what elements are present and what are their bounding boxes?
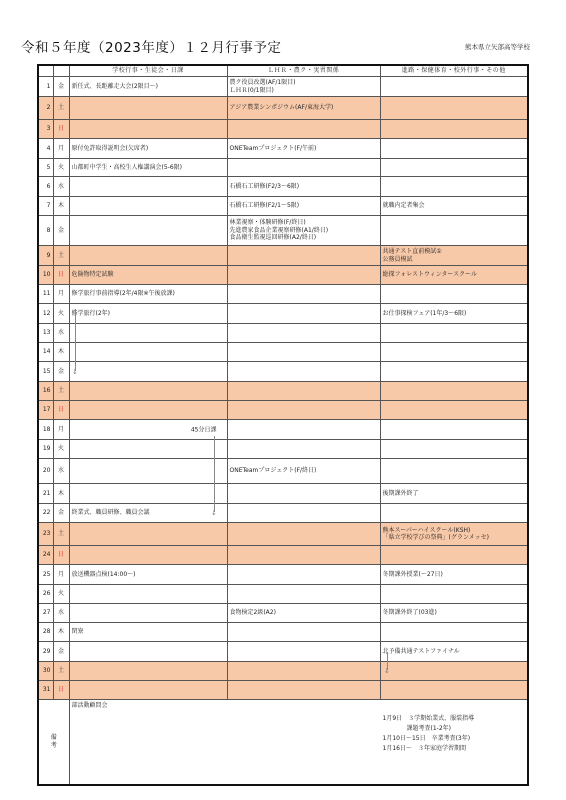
lhr-events-cell [227, 504, 380, 523]
weekday-cell: 火 [53, 440, 69, 459]
date-number: 1 [47, 83, 51, 90]
lhr-events-cell: ONETeamプロジェクト(F/午前) [227, 139, 380, 159]
table-row: 8金林業視察・体験研修(F/終日)先進農家食品企業視察研修(A1/終日)食品衛生… [38, 216, 528, 246]
weekday-label: 土 [58, 387, 64, 394]
event-text: 閉寮 [72, 628, 225, 636]
weekday-label: 火 [58, 310, 64, 317]
weekday-label: 金 [58, 509, 64, 516]
date-cell: 2 [38, 97, 53, 120]
weekday-cell: 木 [53, 197, 69, 216]
weekday-label: 水 [58, 609, 64, 616]
date-cell: 22 [38, 504, 53, 523]
date-number: 12 [43, 310, 51, 317]
date-cell: 31 [38, 681, 53, 700]
weekday-label: 水 [58, 329, 64, 336]
table-row: 17日 [38, 401, 528, 420]
event-text: 共通テスト直前模試① [383, 248, 526, 256]
date-number: 28 [43, 628, 51, 635]
lhr-events-cell [227, 285, 380, 304]
table-row: 15金 [38, 362, 528, 382]
weekday-cell: 月 [53, 285, 69, 304]
table-row: 25月放送機器点検(14:00～)冬期課外授業(～27日) [38, 565, 528, 585]
other-events-cell: 熊本スーパーハイスクール(KSH)「県立学校学びの祭典」(グランメッセ) [380, 523, 528, 546]
date-cell: 17 [38, 401, 53, 420]
school-events-cell [69, 662, 227, 681]
lhr-events-cell: ONETeamプロジェクト(F/終日) [227, 459, 380, 484]
table-row: 16土 [38, 382, 528, 401]
event-text: 危険物特定試験 [72, 271, 225, 279]
other-events-cell [380, 504, 528, 523]
date-cell: 10 [38, 266, 53, 285]
date-cell: 18 [38, 420, 53, 440]
date-cell: 23 [38, 523, 53, 546]
weekday-label: 土 [58, 104, 64, 111]
other-events-cell [380, 401, 528, 420]
event-text: 公務員模試 [383, 256, 526, 264]
lhr-events-cell [227, 523, 380, 546]
other-events-cell [380, 681, 528, 700]
lhr-events-cell [227, 324, 380, 343]
lhr-events-cell: 農ク役員改選(AF/1限目)ＬＨＲ(0/1限目) [227, 77, 380, 97]
weekday-cell: 水 [53, 324, 69, 343]
other-events-cell [380, 177, 528, 197]
trip-period-arrow-icon [75, 309, 76, 371]
date-number: 19 [43, 445, 51, 452]
lhr-events-cell [227, 642, 380, 662]
remarks-right-line: 課題考査(1-2年) [383, 724, 475, 734]
remarks-label: 備 考 [38, 700, 69, 785]
table-row: 7木石橋石工研修(F2/1～5限)就職内定者集会 [38, 197, 528, 216]
date-cell: 15 [38, 362, 53, 382]
lhr-events-cell [227, 484, 380, 504]
event-text: 就職内定者集会 [383, 202, 526, 210]
event-text: ONETeamプロジェクト(F/午前) [230, 145, 378, 153]
school-events-cell: 修学旅行(2年) [69, 304, 227, 324]
school-events-cell [69, 97, 227, 120]
event-text: アジア農業シンポジウム(AF/東海大学) [230, 104, 378, 112]
lhr-events-cell: アジア農業シンポジウム(AF/東海大学) [227, 97, 380, 120]
weekday-cell: 木 [53, 343, 69, 362]
weekday-label: 火 [58, 445, 64, 452]
date-cell: 8 [38, 216, 53, 246]
header-school-events: 学校行事・生徒会・日課 [69, 65, 227, 77]
event-text: 食品衛生監視巡回研修(A2/終日) [230, 234, 378, 242]
event-text: 後期課外終了 [383, 490, 526, 498]
date-number: 3 [47, 125, 51, 132]
weekday-cell: 木 [53, 484, 69, 504]
weekday-label: 日 [58, 125, 64, 132]
event-text: 放送機器点検(14:00～) [72, 571, 225, 579]
date-number: 24 [43, 551, 51, 558]
date-cell: 4 [38, 139, 53, 159]
schedule-45min-arrow-icon [214, 436, 215, 512]
weekday-label: 金 [58, 368, 64, 375]
other-events-cell [380, 216, 528, 246]
other-events-cell [380, 324, 528, 343]
remarks-content: 部活動顧問会 1月9日 ３学期始業式、服装指導 課題考査(1-2年) 1月10日… [69, 700, 528, 785]
date-number: 7 [47, 202, 51, 209]
header-date [38, 65, 53, 77]
event-text: 原付免許取得説明会(欠席者) [72, 145, 225, 153]
other-events-cell: 総探フォレストウィンタースクール [380, 266, 528, 285]
date-number: 29 [43, 648, 51, 655]
date-number: 30 [43, 667, 51, 674]
event-text: 農ク役員改選(AF/1限目) [230, 79, 378, 87]
page-title: 令和５年度（2023年度）１２月行事予定 [21, 36, 281, 56]
lhr-events-cell [227, 246, 380, 266]
weekday-label: 水 [58, 183, 64, 190]
date-cell: 26 [38, 585, 53, 604]
event-text: 食物検定2級(A2) [230, 609, 378, 617]
other-events-cell [380, 623, 528, 642]
other-events-cell [380, 420, 528, 440]
date-number: 9 [47, 252, 51, 259]
table-row: 18月45分日課 [38, 420, 528, 440]
schedule-body: 1金新任式、長距離走大会(2限目～)農ク役員改選(AF/1限目)ＬＨＲ(0/1限… [38, 77, 528, 700]
event-text: 北予備共通テストファイナル [383, 648, 526, 656]
weekday-cell: 火 [53, 159, 69, 177]
date-cell: 30 [38, 662, 53, 681]
date-cell: 5 [38, 159, 53, 177]
weekday-label: 土 [58, 530, 64, 537]
school-events-cell [69, 216, 227, 246]
event-text: 山都町中学生・高校生人権講演会(5-6限) [72, 164, 225, 172]
date-number: 21 [43, 490, 51, 497]
table-row: 30土 [38, 662, 528, 681]
weekday-label: 金 [58, 83, 64, 90]
date-number: 14 [43, 348, 51, 355]
date-number: 11 [43, 290, 51, 297]
date-number: 10 [43, 271, 51, 278]
date-number: 4 [47, 145, 51, 152]
other-events-cell [380, 362, 528, 382]
weekday-label: 火 [58, 164, 64, 171]
date-cell: 27 [38, 604, 53, 623]
date-cell: 19 [38, 440, 53, 459]
lhr-events-cell [227, 681, 380, 700]
remarks-left-line: 部活動顧問会 [72, 702, 108, 710]
date-cell: 14 [38, 343, 53, 362]
table-row: 10日危険物特定試験総探フォレストウィンタースクール [38, 266, 528, 285]
school-events-cell: 修学旅行事前指導(2年/4限※午後放課) [69, 285, 227, 304]
other-events-cell [380, 285, 528, 304]
weekday-label: 木 [58, 490, 64, 497]
school-events-cell: 危険物特定試験 [69, 266, 227, 285]
weekday-cell: 月 [53, 420, 69, 440]
school-events-cell [69, 362, 227, 382]
table-row: 1金新任式、長距離走大会(2限目～)農ク役員改選(AF/1限目)ＬＨＲ(0/1限… [38, 77, 528, 97]
weekday-cell: 水 [53, 177, 69, 197]
school-events-cell [69, 246, 227, 266]
school-events-cell: 新任式、長距離走大会(2限目～) [69, 77, 227, 97]
school-events-cell [69, 197, 227, 216]
table-row: 6水石橋石工研修(F2/3～6限) [38, 177, 528, 197]
school-name: 熊本県立矢部高等学校 [465, 42, 530, 51]
weekday-cell: 火 [53, 585, 69, 604]
table-row: 24日 [38, 546, 528, 565]
date-number: 17 [43, 406, 51, 413]
weekday-cell: 日 [53, 401, 69, 420]
weekday-label: 金 [58, 227, 64, 234]
event-text: 石橋石工研修(F2/1～5限) [230, 202, 378, 210]
lhr-events-cell: 石橋石工研修(F2/1～5限) [227, 197, 380, 216]
weekday-cell: 水 [53, 459, 69, 484]
weekday-cell: 土 [53, 246, 69, 266]
header-other-events: 進路・保健体育・校外行事・その他 [380, 65, 528, 77]
event-text: 熊本スーパーハイスクール(KSH) [383, 527, 526, 535]
weekday-label: 月 [58, 145, 64, 152]
lhr-events-cell: 食物検定2級(A2) [227, 604, 380, 623]
date-cell: 1 [38, 77, 53, 97]
table-row: 21木後期課外終了 [38, 484, 528, 504]
event-text: 修学旅行事前指導(2年/4限※午後放課) [72, 290, 225, 298]
event-text: 修学旅行(2年) [72, 310, 225, 318]
weekday-label: 金 [58, 648, 64, 655]
remarks-right-line: 1月10日～15日 卒業考査(3年) [383, 734, 475, 744]
weekday-cell: 金 [53, 216, 69, 246]
other-events-cell [380, 120, 528, 139]
lhr-events-cell [227, 440, 380, 459]
school-events-cell: 閉寮 [69, 623, 227, 642]
date-number: 6 [47, 183, 51, 190]
weekday-label: 土 [58, 252, 64, 259]
event-text: 「県立学校学びの祭典」(グランメッセ) [383, 534, 526, 542]
schedule-table: 学校行事・生徒会・日課 ＬＨＲ・農ク・実習関係 進路・保健体育・校外行事・その他… [37, 64, 529, 786]
weekday-label: 日 [58, 271, 64, 278]
table-row: 11月修学旅行事前指導(2年/4限※午後放課) [38, 285, 528, 304]
date-number: 26 [43, 590, 51, 597]
other-events-cell: 冬期課外授業(～27日) [380, 565, 528, 585]
lhr-events-cell [227, 362, 380, 382]
school-events-cell: 放送機器点検(14:00～) [69, 565, 227, 585]
lhr-events-cell [227, 623, 380, 642]
lhr-events-cell [227, 304, 380, 324]
weekday-label: 土 [58, 667, 64, 674]
date-cell: 16 [38, 382, 53, 401]
date-cell: 29 [38, 642, 53, 662]
lhr-events-cell [227, 266, 380, 285]
date-cell: 9 [38, 246, 53, 266]
lhr-events-cell: 林業視察・体験研修(F/終日)先進農家食品企業視察研修(A1/終日)食品衛生監視… [227, 216, 380, 246]
table-row: 12火修学旅行(2年)お仕事探検フェア(1年/3～6限) [38, 304, 528, 324]
lhr-events-cell [227, 546, 380, 565]
school-events-cell [69, 401, 227, 420]
weekday-label: 月 [58, 571, 64, 578]
date-cell: 28 [38, 623, 53, 642]
lhr-events-cell [227, 120, 380, 139]
event-text: 林業視察・体験研修(F/終日) [230, 219, 378, 227]
date-cell: 6 [38, 177, 53, 197]
date-cell: 21 [38, 484, 53, 504]
date-number: 20 [43, 467, 51, 474]
date-number: 15 [43, 368, 51, 375]
school-events-cell [69, 382, 227, 401]
date-cell: 13 [38, 324, 53, 343]
weekday-label: 月 [58, 426, 64, 433]
lhr-events-cell [227, 585, 380, 604]
weekday-cell: 日 [53, 681, 69, 700]
header-weekday [53, 65, 69, 77]
other-events-cell: 冬期課外終了(03進) [380, 604, 528, 623]
lhr-events-cell [227, 662, 380, 681]
school-events-cell [69, 440, 227, 459]
other-events-cell [380, 382, 528, 401]
table-row: 22金終業式、職員研修、職員会議 [38, 504, 528, 523]
date-number: 8 [47, 227, 51, 234]
school-events-cell [69, 585, 227, 604]
date-number: 31 [43, 686, 51, 693]
table-row: 13水 [38, 324, 528, 343]
other-events-cell: お仕事探検フェア(1年/3～6限) [380, 304, 528, 324]
schedule-note: 45分日課 [191, 426, 217, 434]
table-row: 2土アジア農業シンポジウム(AF/東海大学) [38, 97, 528, 120]
date-number: 2 [47, 104, 51, 111]
table-row: 23土熊本スーパーハイスクール(KSH)「県立学校学びの祭典」(グランメッセ) [38, 523, 528, 546]
other-events-cell [380, 97, 528, 120]
school-events-cell [69, 484, 227, 504]
weekday-cell: 月 [53, 565, 69, 585]
date-cell: 12 [38, 304, 53, 324]
lhr-events-cell [227, 565, 380, 585]
school-events-cell [69, 324, 227, 343]
school-events-cell: 山都町中学生・高校生人権講演会(5-6限) [69, 159, 227, 177]
other-events-cell [380, 77, 528, 97]
table-row: 27水食物検定2級(A2)冬期課外終了(03進) [38, 604, 528, 623]
weekday-cell: 金 [53, 504, 69, 523]
table-row: 9土共通テスト直前模試①公務員模試 [38, 246, 528, 266]
lhr-events-cell [227, 382, 380, 401]
other-events-cell [380, 440, 528, 459]
weekday-label: 日 [58, 406, 64, 413]
remarks-right-line: 1月16日～ ３年家庭学習期間 [383, 744, 475, 754]
other-events-cell [380, 546, 528, 565]
lhr-events-cell: 石橋石工研修(F2/3～6限) [227, 177, 380, 197]
weekday-cell: 金 [53, 362, 69, 382]
event-text: 冬期課外授業(～27日) [383, 571, 526, 579]
lhr-events-cell [227, 401, 380, 420]
header-lhr-events: ＬＨＲ・農ク・実習関係 [227, 65, 380, 77]
date-number: 23 [43, 530, 51, 537]
weekday-label: 火 [58, 590, 64, 597]
remarks-right: 1月9日 ３学期始業式、服装指導 課題考査(1-2年) 1月10日～15日 卒業… [383, 714, 475, 754]
weekday-label: 木 [58, 628, 64, 635]
school-events-cell: 原付免許取得説明会(欠席者) [69, 139, 227, 159]
other-events-cell: 就職内定者集会 [380, 197, 528, 216]
table-row: 26火 [38, 585, 528, 604]
school-events-cell: 45分日課 [69, 420, 227, 440]
weekday-label: 木 [58, 348, 64, 355]
table-row: 28木閉寮 [38, 623, 528, 642]
weekday-label: 水 [58, 467, 64, 474]
other-events-cell [380, 585, 528, 604]
other-events-cell [380, 343, 528, 362]
school-events-cell [69, 681, 227, 700]
date-number: 27 [43, 609, 51, 616]
event-text: 冬期課外終了(03進) [383, 609, 526, 617]
weekday-cell: 火 [53, 304, 69, 324]
other-events-cell: 北予備共通テストファイナル [380, 642, 528, 662]
event-text: 総探フォレストウィンタースクール [383, 271, 526, 279]
table-row: 29金北予備共通テストファイナル [38, 642, 528, 662]
event-text: 石橋石工研修(F2/3～6限) [230, 183, 378, 191]
date-number: 25 [43, 571, 51, 578]
weekday-cell: 金 [53, 642, 69, 662]
weekday-cell: 土 [53, 662, 69, 681]
school-events-cell: 終業式、職員研修、職員会議 [69, 504, 227, 523]
date-cell: 3 [38, 120, 53, 139]
weekday-label: 月 [58, 290, 64, 297]
school-events-cell [69, 343, 227, 362]
weekday-label: 日 [58, 686, 64, 693]
school-events-cell [69, 604, 227, 623]
weekday-cell: 日 [53, 546, 69, 565]
remarks-right-line: 1月9日 ３学期始業式、服装指導 [383, 714, 475, 724]
event-text: お仕事探検フェア(1年/3～6限) [383, 310, 526, 318]
event-text: 新任式、長距離走大会(2限目～) [72, 83, 225, 91]
mock-exam-arrow-icon [387, 652, 388, 670]
weekday-cell: 土 [53, 97, 69, 120]
date-cell: 25 [38, 565, 53, 585]
school-events-cell [69, 546, 227, 565]
date-number: 22 [43, 509, 51, 516]
table-row: 3日 [38, 120, 528, 139]
remarks-row: 備 考 部活動顧問会 1月9日 ３学期始業式、服装指導 課題考査(1-2年) 1… [38, 700, 528, 785]
event-text: ONETeamプロジェクト(F/終日) [230, 467, 378, 475]
date-cell: 24 [38, 546, 53, 565]
school-events-cell [69, 642, 227, 662]
weekday-cell: 月 [53, 139, 69, 159]
weekday-cell: 土 [53, 523, 69, 546]
other-events-cell [380, 662, 528, 681]
weekday-label: 日 [58, 551, 64, 558]
school-events-cell [69, 177, 227, 197]
weekday-cell: 木 [53, 623, 69, 642]
table-row: 14木 [38, 343, 528, 362]
other-events-cell: 後期課外終了 [380, 484, 528, 504]
date-cell: 11 [38, 285, 53, 304]
event-text: 終業式、職員研修、職員会議 [72, 509, 225, 517]
weekday-cell: 日 [53, 120, 69, 139]
table-row: 4月原付免許取得説明会(欠席者)ONETeamプロジェクト(F/午前) [38, 139, 528, 159]
school-events-cell [69, 459, 227, 484]
lhr-events-cell [227, 159, 380, 177]
lhr-events-cell [227, 343, 380, 362]
date-number: 5 [47, 164, 51, 171]
date-number: 18 [43, 426, 51, 433]
weekday-cell: 日 [53, 266, 69, 285]
event-text: ＬＨＲ(0/1限目) [230, 87, 378, 95]
table-row: 5火山都町中学生・高校生人権講演会(5-6限) [38, 159, 528, 177]
table-header-row: 学校行事・生徒会・日課 ＬＨＲ・農ク・実習関係 進路・保健体育・校外行事・その他 [38, 65, 528, 77]
weekday-label: 木 [58, 202, 64, 209]
weekday-cell: 土 [53, 382, 69, 401]
date-cell: 7 [38, 197, 53, 216]
other-events-cell: 共通テスト直前模試①公務員模試 [380, 246, 528, 266]
remarks-left: 部活動顧問会 [72, 702, 108, 710]
weekday-cell: 水 [53, 604, 69, 623]
other-events-cell [380, 139, 528, 159]
school-events-cell [69, 523, 227, 546]
date-cell: 20 [38, 459, 53, 484]
other-events-cell [380, 459, 528, 484]
date-number: 16 [43, 387, 51, 394]
table-row: 20水ONETeamプロジェクト(F/終日) [38, 459, 528, 484]
table-row: 19火 [38, 440, 528, 459]
lhr-events-cell [227, 420, 380, 440]
weekday-cell: 金 [53, 77, 69, 97]
school-events-cell [69, 120, 227, 139]
other-events-cell [380, 159, 528, 177]
